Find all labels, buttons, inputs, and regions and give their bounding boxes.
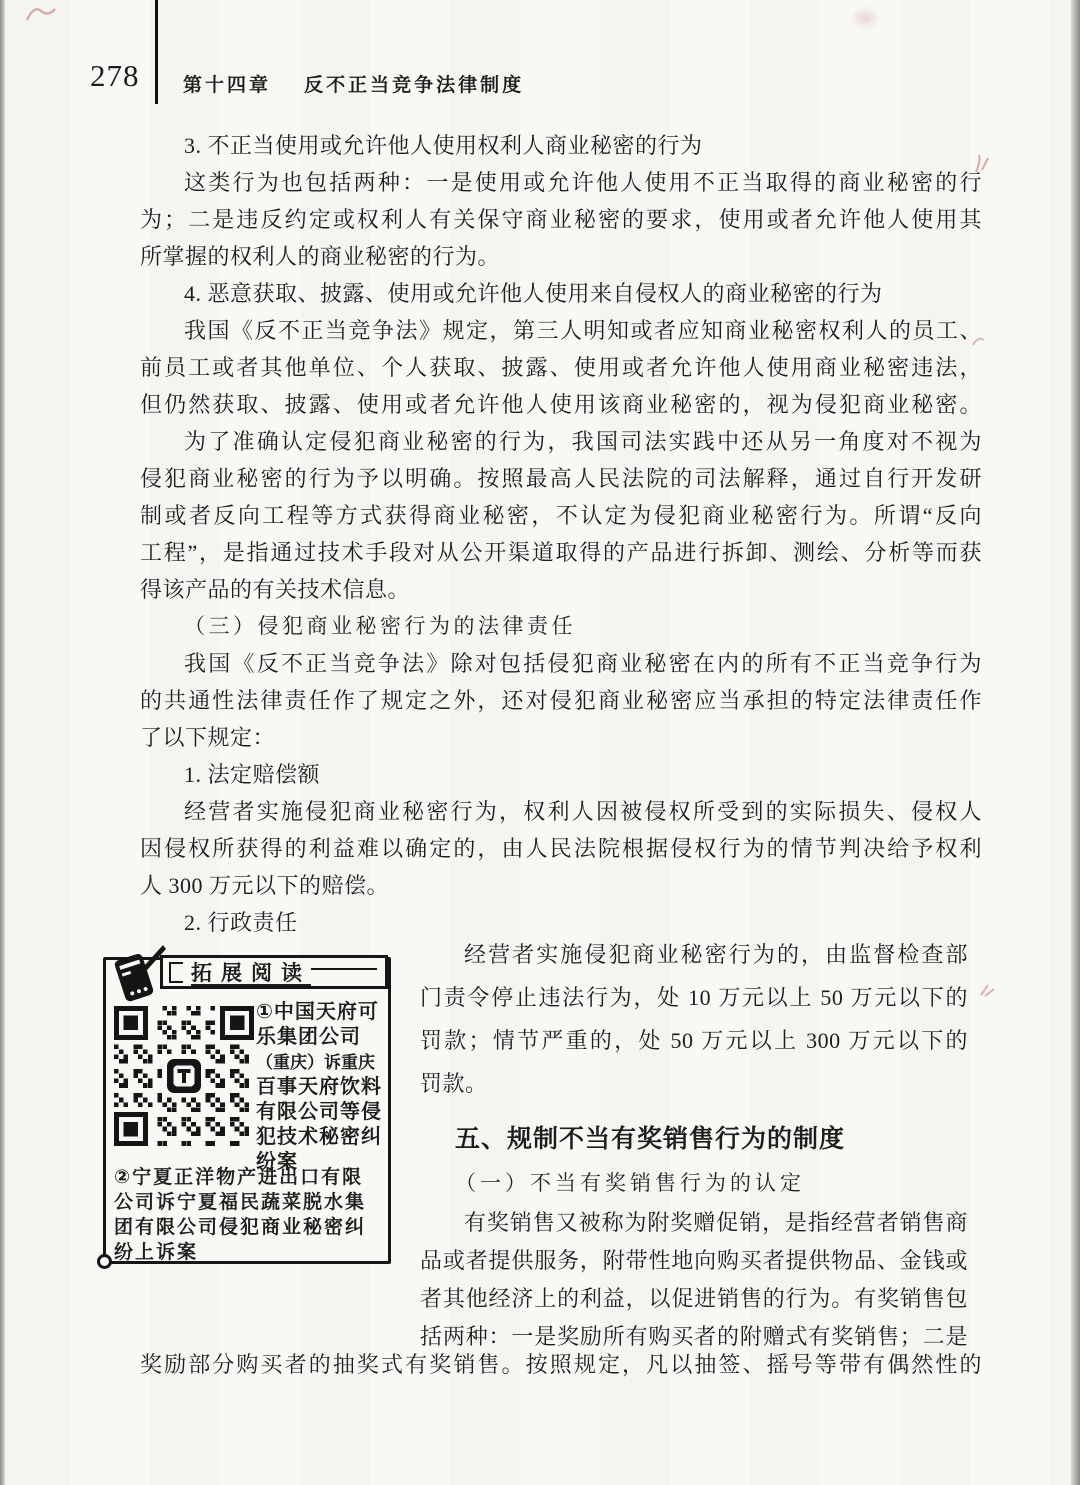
reading-item-2: ②宁夏正洋物产进出口有限 公司诉宁夏福民蔬菜脱水集 团有限公司侵犯商业秘密纠 纷…: [114, 1165, 380, 1265]
reading-item-1: ①中国天府可 乐集团公司 （重庆）诉重庆 百事天府饮料 有限公司等侵 犯技术秘密…: [256, 1000, 382, 1175]
title-bracket-mark: [169, 962, 183, 983]
body-line: 工程”，是指通过技术手段对从公开渠道取得的产品进行拆卸、测绘、分析等而获: [140, 534, 982, 571]
box-corner-dot: [97, 1254, 112, 1269]
body-line: 了以下规定：: [140, 719, 982, 756]
body-line: 奖励部分购买者的抽奖式有奖销售。按照规定，凡以抽签、摇号等带有偶然性的: [140, 1346, 982, 1383]
body-line: 4. 恶意获取、披露、使用或允许他人使用来自侵权人的商业秘密的行为: [140, 275, 982, 312]
body-line: 但仍然获取、披露、使用或者允许他人使用该商业秘密的，视为侵犯商业秘密。: [140, 386, 982, 423]
subsection-heading: （一）不当有奖销售行为的认定: [420, 1162, 968, 1204]
body-line: 我国《反不正当竞争法》除对包括侵犯商业秘密在内的所有不正当竞争行为: [140, 645, 982, 682]
body-line: 我国《反不正当竞争法》规定，第三人明知或者应知商业秘密权利人的员工、: [140, 312, 982, 349]
body-line: 这类行为也包括两种：一是使用或允许他人使用不正当取得的商业秘密的行: [140, 164, 982, 201]
chapter-spacer: [279, 75, 296, 96]
right-paragraph-2: 有奖销售又被称为附奖赠促销，是指经营者销售商 品或者提供服务，附带性地向购买者提…: [420, 1204, 968, 1356]
body-line: 经营者实施侵犯商业秘密行为的，由监督检查部: [420, 933, 968, 976]
right-paragraph-1: 经营者实施侵犯商业秘密行为的，由监督检查部 门责令停止违法行为，处 10 万元以…: [420, 933, 968, 1105]
body-line: 为；二是违反约定或权利人有关保守商业秘密的要求，使用或者允许他人使用其: [140, 201, 982, 238]
extended-reading-box: 拓展阅读 ①中国天府可 乐集团公司 （重庆）诉重庆 百事天府饮料 有限公司等侵: [103, 957, 391, 1264]
body-line: 因侵权所获得的利益难以确定的，由人民法院根据侵权行为的情节判决给予权利: [140, 830, 982, 867]
page-number: 278: [90, 58, 140, 94]
extended-reading-title-bar: 拓展阅读: [160, 955, 388, 989]
title-underline: [311, 968, 377, 970]
reading-line: 公司诉宁夏福民蔬菜脱水集: [114, 1190, 380, 1215]
section-heading: 五、规制不当有奖销售行为的制度: [420, 1116, 968, 1162]
qr-code: [114, 1006, 254, 1146]
subsection-heading: （三）侵犯商业秘密行为的法律责任: [140, 608, 982, 645]
reading-line: 百事天府饮料: [256, 1075, 382, 1100]
right-column: 经营者实施侵犯商业秘密行为的，由监督检查部 门责令停止违法行为，处 10 万元以…: [420, 933, 968, 1356]
reading-line: （重庆）诉重庆: [256, 1050, 382, 1075]
reading-line: 乐集团公司: [256, 1025, 382, 1050]
red-pen-artifact: [978, 980, 998, 1000]
red-pen-artifact: [24, 2, 58, 26]
body-line: 制或者反向工程等方式获得商业秘密，不认定为侵犯商业秘密行为。所谓“反向: [140, 497, 982, 534]
body-line: 得该产品的有关技术信息。: [140, 571, 982, 608]
body-line: 人 300 万元以下的赔偿。: [140, 867, 982, 904]
body-line: 门责令停止违法行为，处 10 万元以上 50 万元以下的: [420, 976, 968, 1019]
extended-reading-title: 拓展阅读: [191, 957, 311, 987]
scan-smudge: [850, 6, 880, 30]
main-text-block: 3. 不正当使用或允许他人使用权利人商业秘密的行为 这类行为也包括两种：一是使用…: [140, 127, 982, 941]
body-line: 罚款；情节严重的，处 50 万元以上 300 万元以下的: [420, 1019, 968, 1062]
reading-line: 有限公司等侵: [256, 1100, 382, 1125]
body-line: 所掌握的权利人的商业秘密的行为。: [140, 238, 982, 275]
phone-stylus-icon: [104, 942, 168, 1006]
body-line: 罚款。: [420, 1062, 968, 1105]
scanned-book-page: 278 第十四章 反不正当竞争法律制度 3. 不正当使用或允许他人使用权利人商业…: [0, 0, 1080, 1485]
reading-line: 团有限公司侵犯商业秘密纠: [114, 1215, 380, 1240]
body-line: 1. 法定赔偿额: [140, 756, 982, 793]
body-line: 前员工或者其他单位、个人获取、披露、使用或者允许他人使用商业秘密违法，: [140, 349, 982, 386]
body-line: 者其他经济上的利益，以促进销售的行为。有奖销售包: [420, 1280, 968, 1318]
scan-edge-right: [1071, 0, 1080, 1485]
header-divider-line: [155, 0, 158, 104]
body-line: 的共通性法律责任作了规定之外，还对侵犯商业秘密应当承担的特定法律责任作: [140, 682, 982, 719]
body-line: 3. 不正当使用或允许他人使用权利人商业秘密的行为: [140, 127, 982, 164]
scan-edge-left: [0, 0, 5, 1485]
body-line: 经营者实施侵犯商业秘密行为，权利人因被侵权所受到的实际损失、侵权人: [140, 793, 982, 830]
reading-line: ①中国天府可: [256, 1000, 382, 1025]
chapter-title: 反不正当竞争法律制度: [304, 75, 524, 96]
body-line: 侵犯商业秘密的行为予以明确。按照最高人民法院的司法解释，通过自行开发研: [140, 460, 982, 497]
chapter-label: 第十四章: [183, 75, 271, 96]
reading-line: 纷上诉案: [114, 1240, 380, 1265]
reading-line: 犯技术秘密纠: [256, 1125, 382, 1150]
reading-line: ②宁夏正洋物产进出口有限: [114, 1165, 380, 1190]
chapter-header: 第十四章 反不正当竞争法律制度: [183, 70, 524, 97]
body-line: 品或者提供服务，附带性地向购买者提供物品、金钱或: [420, 1242, 968, 1280]
body-line: 为了准确认定侵犯商业秘密的行为，我国司法实践中还从另一角度对不视为: [140, 423, 982, 460]
body-line: 有奖销售又被称为附奖赠促销，是指经营者销售商: [420, 1204, 968, 1242]
